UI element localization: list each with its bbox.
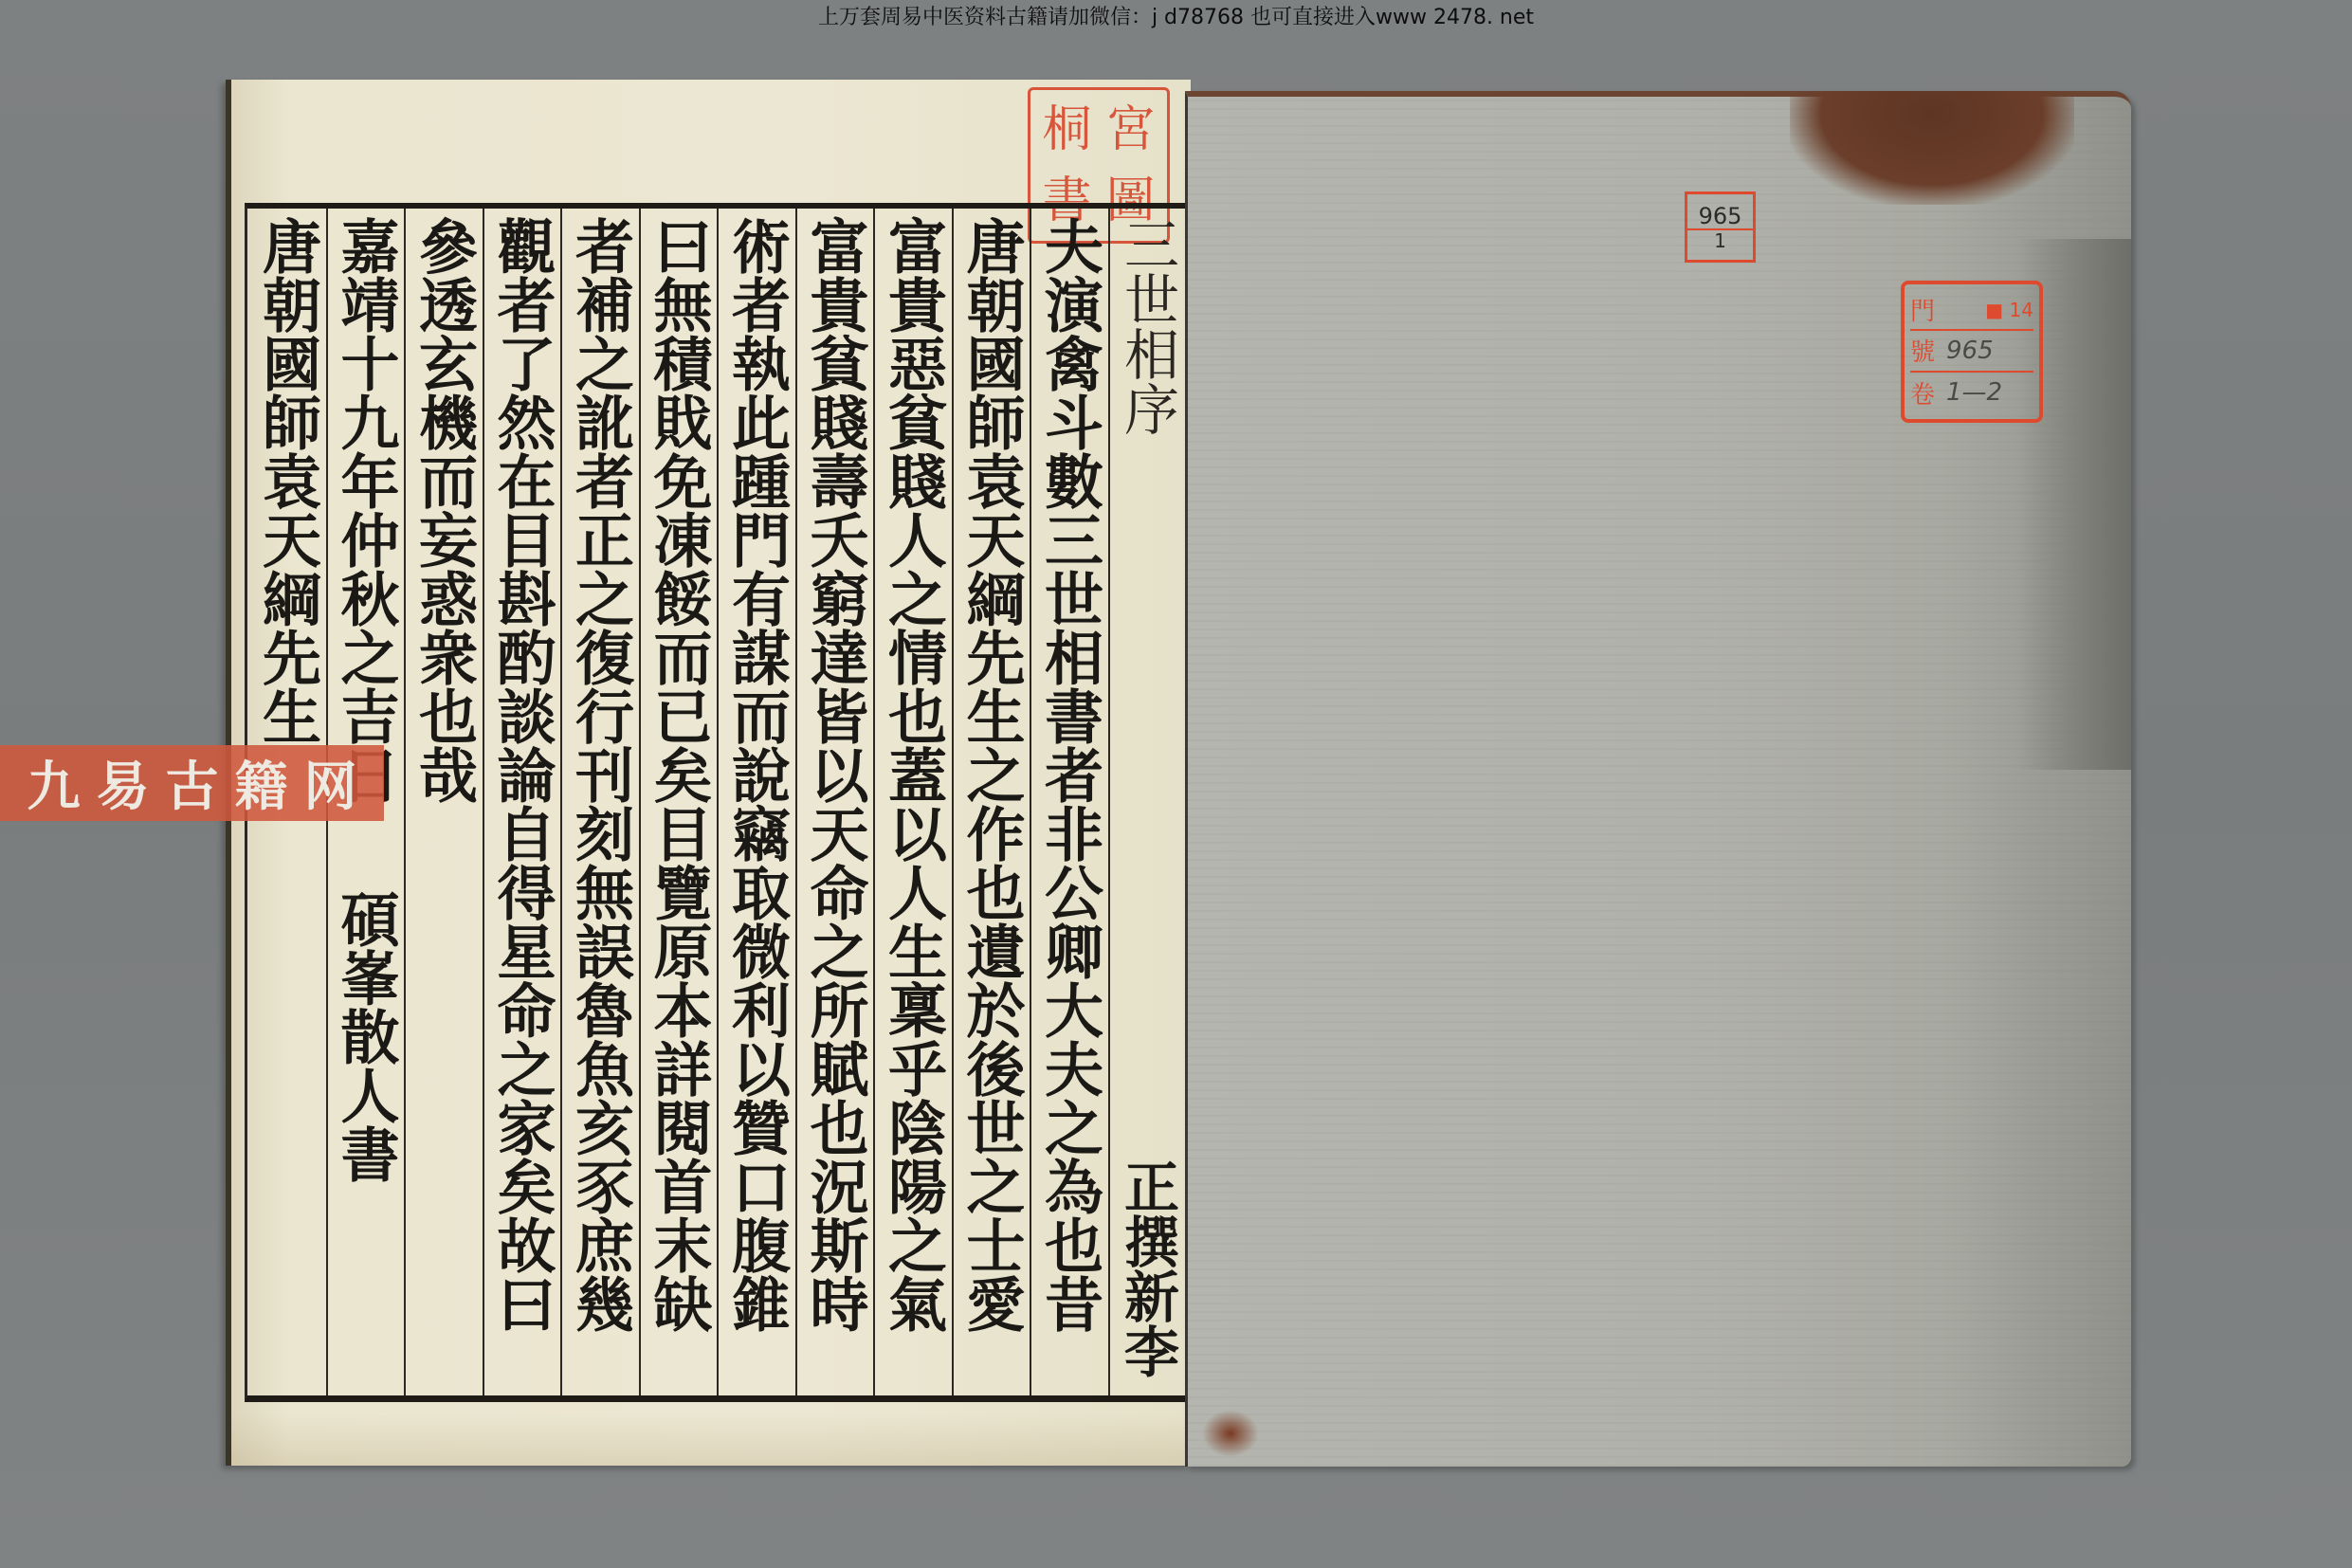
column-text: 富貴惡貧賤人之情也蓋以人生稟乎陰陽之氣 [875, 216, 952, 1333]
stamp-row: 門 ■ 14 [1910, 290, 2033, 331]
signature-text: 碩峯散人書 [328, 889, 405, 1183]
stain [1202, 1410, 1259, 1457]
stamp-row: 號 965 [1910, 331, 2033, 372]
top-watermark-text: 上万套周易中医资料古籍请加微信：j d78768 也可直接进入www 2478.… [0, 0, 2352, 36]
text-column: 術者執此踵門有謀而說竊取微利以贊口腹錐 [717, 209, 795, 1395]
text-column: 曰無積戝免凍餒而已矣目覽原本詳閱首末缺 [639, 209, 718, 1395]
banner-char: 易 [97, 745, 150, 821]
text-column: 唐朝國師袁天綱先生之作也遺於後世之士愛 [952, 209, 1030, 1395]
seal-char: 宮 [1100, 96, 1161, 165]
preface-title: 三世相序 [1110, 216, 1187, 436]
stamp-value: 965 [1946, 337, 1994, 365]
right-page-cover: 965 1 門 ■ 14 號 965 卷 1—2 [1185, 91, 2131, 1467]
text-column: 夫演禽斗數三世相書者非公卿大夫之為也昔 [1030, 209, 1108, 1395]
worn-damage [1790, 91, 2074, 205]
column-text: 夫演禽斗數三世相書者非公卿大夫之為也昔 [1031, 216, 1108, 1333]
stamp-label: 號 [1910, 333, 1946, 368]
compiler-credit: 正撰新李 [1110, 1158, 1187, 1378]
author-text: 唐朝國師袁天綱先生 [247, 216, 326, 745]
text-column: 富貴惡貧賤人之情也蓋以人生稟乎陰陽之氣 [873, 209, 952, 1395]
column-text: 觀者了然在目斟酌談論自得星命之家矣故曰 [484, 216, 561, 1333]
text-column: 富貴貧賤壽夭窮達皆以天命之所賦也況斯時 [795, 209, 874, 1395]
banner-char: 古 [166, 745, 219, 821]
stamp-row: 卷 1—2 [1910, 373, 2033, 413]
text-frame: 三世相序 正撰新李 夫演禽斗數三世相書者非公卿大夫之為也昔 唐朝國師袁天綱先生之… [245, 203, 1186, 1402]
column-text: 富貴貧賤壽夭窮達皆以天命之所賦也況斯時 [797, 216, 874, 1333]
banner-char: 籍 [235, 745, 288, 821]
date-text: 嘉靖十九年仲秋之吉日 [328, 216, 405, 804]
column-text: 術者執此踵門有謀而說竊取微利以贊口腹錐 [719, 216, 795, 1333]
column-text: 參透玄機而妄惑衆也哉 [406, 216, 483, 804]
stamp-number: 965 [1699, 204, 1742, 228]
stamp-value: 1—2 [1946, 378, 2002, 407]
text-column: 觀者了然在目斟酌談論自得星命之家矣故曰 [483, 209, 561, 1395]
stamp-volume: 1 [1687, 228, 1753, 251]
seal-char: 桐 [1036, 96, 1098, 165]
column-text: 唐朝國師袁天綱先生之作也遺於後世之士愛 [954, 216, 1030, 1333]
title-column: 三世相序 正撰新李 [1108, 209, 1187, 1395]
stamp-label: 門 [1910, 292, 1946, 327]
banner-char: 网 [304, 745, 357, 821]
stamp-label: 卷 [1910, 375, 1946, 410]
text-columns: 三世相序 正撰新李 夫演禽斗數三世相書者非公卿大夫之為也昔 唐朝國師袁天綱先生之… [247, 209, 1186, 1395]
text-column: 者補之訛者正之復行刊刻無誤魯魚亥豕庶幾 [560, 209, 639, 1395]
site-watermark-banner: 九 易 古 籍 网 [0, 745, 384, 821]
catalog-stamp-large: 門 ■ 14 號 965 卷 1—2 [1901, 281, 2043, 423]
stamp-extra: ■ 14 [1985, 299, 2033, 321]
column-text: 曰無積戝免凍餒而已矣目覽原本詳閱首末缺 [641, 216, 718, 1333]
text-column: 參透玄機而妄惑衆也哉 [404, 209, 483, 1395]
column-text: 者補之訛者正之復行刊刻無誤魯魚亥豕庶幾 [562, 216, 639, 1333]
catalog-stamp-small: 965 1 [1685, 191, 1756, 263]
banner-char: 九 [27, 745, 81, 821]
